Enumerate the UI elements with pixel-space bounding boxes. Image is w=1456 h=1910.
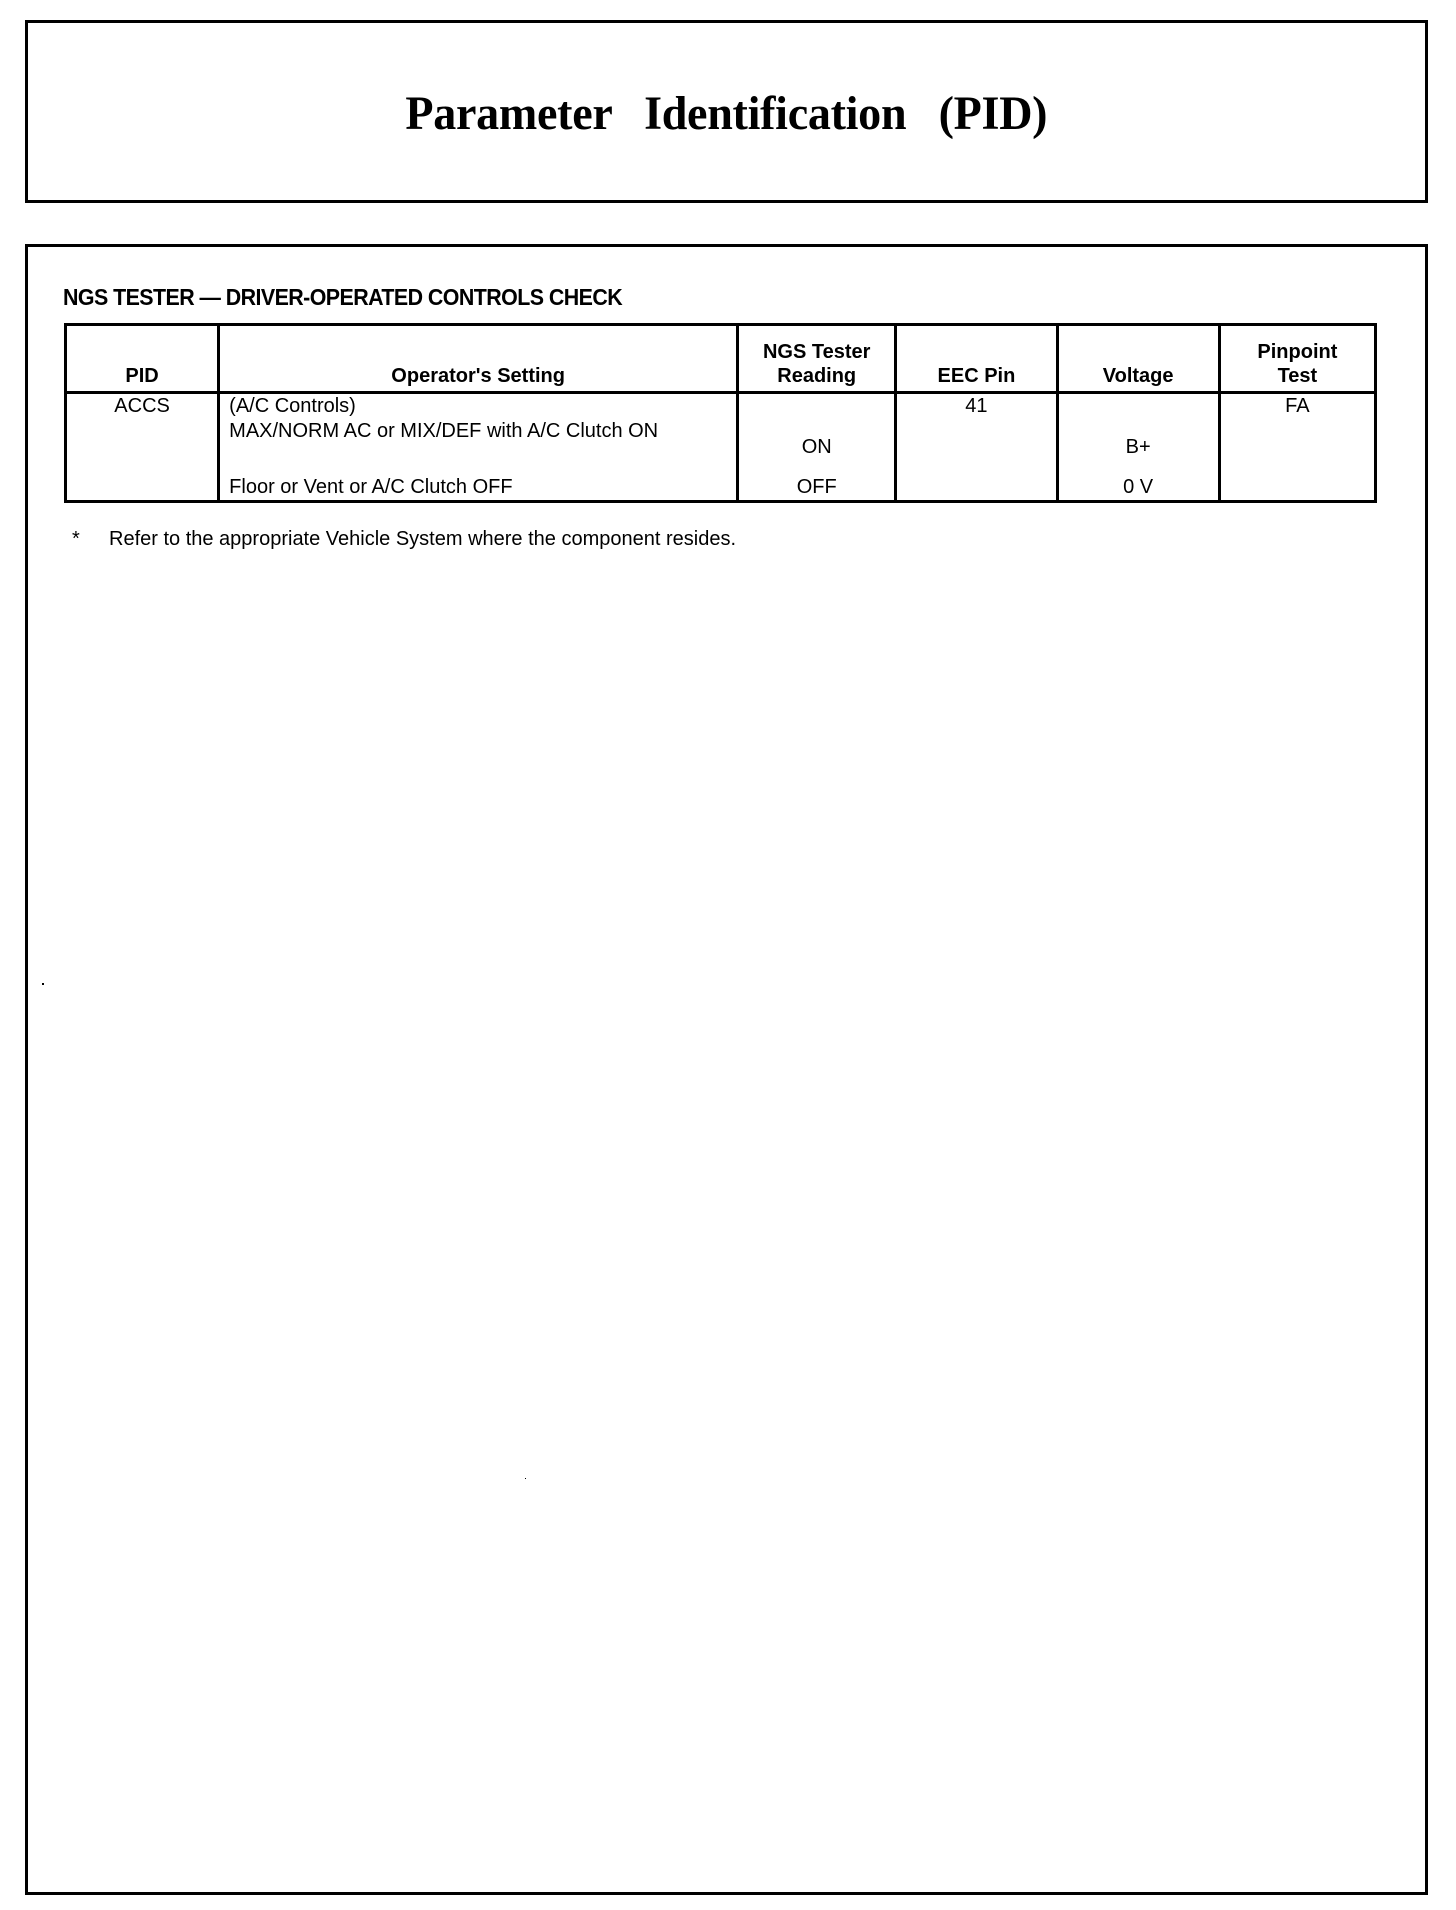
header-pid: PID xyxy=(66,325,219,393)
scan-artifact xyxy=(525,1478,526,1479)
ngs-reading-cell: ON OFF xyxy=(738,393,896,502)
pid-table: PID Operator's Setting NGS Tester Readin… xyxy=(64,323,1377,503)
voltage-cell: B+ 0 V xyxy=(1057,393,1219,502)
content-box: NGS TESTER — DRIVER-OPERATED CONTROLS CH… xyxy=(25,244,1428,1895)
setting-line: MAX/NORM AC or MIX/DEF with A/C Clutch O… xyxy=(229,419,736,475)
header-pinpoint-test: Pinpoint Test xyxy=(1219,325,1375,393)
header-operator-setting: Operator's Setting xyxy=(219,325,738,393)
title-box: Parameter Identification (PID) xyxy=(25,20,1428,203)
header-eec-pin: EEC Pin xyxy=(896,325,1057,393)
reading-value: ON xyxy=(739,419,894,475)
header-voltage: Voltage xyxy=(1057,325,1219,393)
scan-artifact xyxy=(42,983,44,985)
setting-line: (A/C Controls) xyxy=(229,394,736,419)
eec-pin-cell: 41 xyxy=(896,393,1057,502)
footnote-text: Refer to the appropriate Vehicle System … xyxy=(109,528,736,550)
setting-line: Floor or Vent or A/C Clutch OFF xyxy=(229,475,736,500)
table-row: ACCS (A/C Controls) MAX/NORM AC or MIX/D… xyxy=(66,393,1376,502)
pinpoint-test-cell: FA xyxy=(1219,393,1375,502)
page-title: Parameter Identification (PID) xyxy=(406,82,1048,141)
voltage-value: 0 V xyxy=(1059,475,1218,500)
footnote: *Refer to the appropriate Vehicle System… xyxy=(72,528,736,551)
table-header-row: PID Operator's Setting NGS Tester Readin… xyxy=(66,325,1376,393)
operator-setting-cell: (A/C Controls) MAX/NORM AC or MIX/DEF wi… xyxy=(219,393,738,502)
section-heading: NGS TESTER — DRIVER-OPERATED CONTROLS CH… xyxy=(63,284,622,311)
pid-cell: ACCS xyxy=(66,393,219,502)
reading-value: OFF xyxy=(739,475,894,500)
header-ngs-tester-reading: NGS Tester Reading xyxy=(738,325,896,393)
footnote-asterisk: * xyxy=(72,528,109,551)
voltage-value: B+ xyxy=(1059,419,1218,475)
